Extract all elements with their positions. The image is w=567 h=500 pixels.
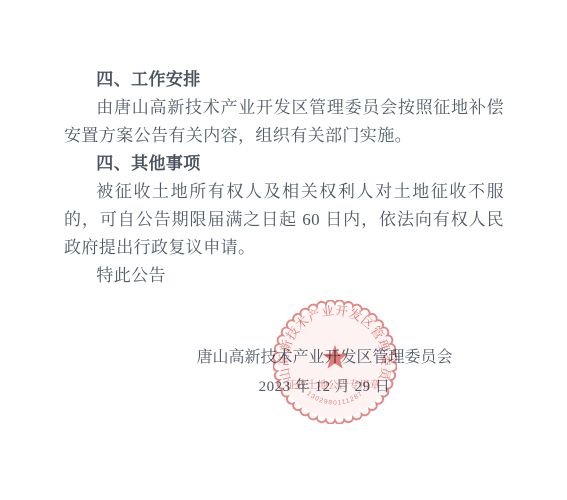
section-heading-work-arrangement: 四、工作安排 — [64, 66, 504, 94]
paragraph-appeal-rights: 被征收土地所有权人及相关权利人对土地征收不服的，可自公告期限届满之日起 60 日… — [64, 178, 504, 262]
paragraph-closing: 特此公告 — [64, 262, 504, 290]
paragraph-implementation: 由唐山高新技术产业开发区管理委员会按照征地补偿安置方案公告有关内容，组织有关部门… — [64, 94, 504, 150]
seal-center-text: 征收土地公告专用章 — [286, 378, 381, 391]
official-seal: 唐山高新技术产业开发区管理委员会 征收土地公告专用章 1302980111287 — [273, 300, 397, 424]
document-body: 四、工作安排 由唐山高新技术产业开发区管理委员会按照征地补偿安置方案公告有关内容… — [64, 66, 504, 290]
section-heading-other-matters: 四、其他事项 — [64, 150, 504, 178]
document-page: 四、工作安排 由唐山高新技术产业开发区管理委员会按照征地补偿安置方案公告有关内容… — [0, 0, 567, 500]
